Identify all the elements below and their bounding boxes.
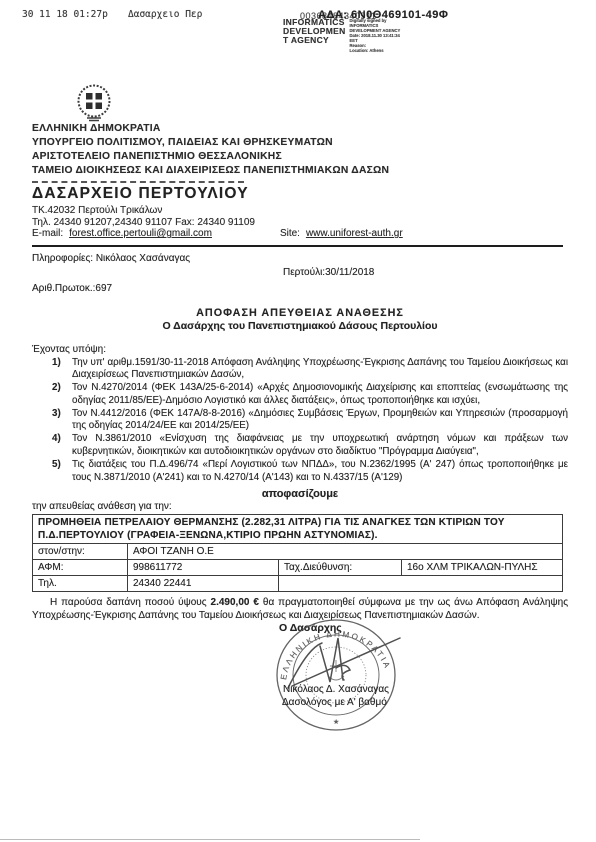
site-label: Site: <box>280 228 300 240</box>
coat-of-arms-icon <box>74 82 114 124</box>
address-label: Ταχ.Διεύθυνση: <box>279 560 402 576</box>
legal-item-number: 5) <box>52 459 67 485</box>
place-date: Περτούλι:30/11/2018 <box>283 267 568 278</box>
letterhead-line-republic: ΕΛΛΗΝΙΚΗ ΔΗΜΟΚΡΑΤΙΑ <box>32 122 568 136</box>
stamp-star: ★ <box>333 718 339 726</box>
empty-cell <box>279 576 563 592</box>
letterhead-line-university: ΑΡΙΣΤΟΤΕΛΕΙΟ ΠΑΝΕΠΙΣΤΗΜΙΟ ΘΕΣΣΑΛΟΝΙΚΗΣ <box>32 150 568 164</box>
tel-value: 24340 22441 <box>128 576 279 592</box>
legal-basis-list: 1) Την υπ' αριθμ.1591/30-11-2018 Απόφαση… <box>32 357 568 485</box>
legal-item: 5) Τις διατάξεις του Π.Δ.496/74 «Περί Λο… <box>52 459 568 485</box>
letterhead-line-ministry: ΥΠΟΥΡΓΕΙΟ ΠΟΛΙΤΙΣΜΟΥ, ΠΑΙΔΕΙΑΣ ΚΑΙ ΘΡΗΣΚ… <box>32 136 568 150</box>
scan-artifact-line <box>0 839 420 840</box>
tel-label: Τηλ. <box>33 576 128 592</box>
afm-label: ΑΦΜ: <box>33 560 128 576</box>
scanned-document-page: 30 11 18 01:27p Δασαρχειο Περ 0036848434… <box>0 0 596 842</box>
address-value: 16ο ΧΛΜ ΤΡΙΚΑΛΩΝ-ΠΥΛΗΣ <box>402 560 563 576</box>
info-label: Πληροφορίες: <box>32 253 93 264</box>
table-row-description: ΠΡΟΜΗΘΕΙΑ ΠΕΤΡΕΛΑΙΟΥ ΘΕΡΜΑΝΣΗΣ (2.282,31… <box>33 515 563 544</box>
award-table: ΠΡΟΜΗΘΕΙΑ ΠΕΤΡΕΛΑΙΟΥ ΘΕΡΜΑΝΣΗΣ (2.282,31… <box>32 514 563 592</box>
info-row: Πληροφορίες: Νικόλαος Χασάναγας <box>32 253 568 264</box>
signatory-title: Δασολόγος με Α' βαθμό <box>282 697 387 708</box>
legal-item-text: Τον Ν.4270/2014 (ΦΕΚ 143Α/25-6-2014) «Αρ… <box>72 382 568 408</box>
decide-heading: αποφασίζουμε <box>32 488 568 500</box>
table-row-tel: Τηλ. 24340 22441 <box>33 576 563 592</box>
round-stamp: ΕΛΛΗΝΙΚΗ ΔΗΜΟΚΡΑΤΙΑ ★ <box>268 612 408 742</box>
fax-timestamp: 30 11 18 01:27p <box>22 9 108 20</box>
afm-value: 998611772 <box>128 560 279 576</box>
digital-signature-agency: INFORMATICS DEVELOPMEN T AGENCY <box>283 18 346 45</box>
signatory-name: Νικόλαος Δ. Χασάναγας <box>283 684 389 695</box>
digital-signature-stamp: INFORMATICS DEVELOPMEN T AGENCY Digitall… <box>283 18 400 53</box>
to-value: ΑΦΟΙ ΤΖΑΝΗ Ο.Ε <box>128 544 563 560</box>
document-body: ΕΛΛΗΝΙΚΗ ΔΗΜΟΚΡΑΤΙΑ ΥΠΟΥΡΓΕΙΟ ΠΟΛΙΤΙΣΜΟΥ… <box>32 122 568 632</box>
award-description: ΠΡΟΜΗΘΕΙΑ ΠΕΤΡΕΛΑΙΟΥ ΘΕΡΜΑΝΣΗΣ (2.282,31… <box>33 515 563 544</box>
office-phones: Τηλ. 24340 91207,24340 91107 Fax: 24340 … <box>32 217 568 229</box>
office-title: ΔΑΣΑΡΧΕΙΟ ΠΕΡΤΟΥΛΙΟΥ <box>32 185 568 203</box>
email-link: forest.office.pertouli@gmail.com <box>69 228 212 240</box>
table-row-afm: ΑΦΜ: 998611772 Ταχ.Διεύθυνση: 16ο ΧΛΜ ΤΡ… <box>33 560 563 576</box>
protocol-number: Αριθ.Πρωτοκ.:697 <box>32 283 568 294</box>
to-label: στον/στην: <box>33 544 128 560</box>
legal-item-text: Τον Ν.3861/2010 «Ενίσχυση της διαφάνειας… <box>72 433 568 459</box>
closing-amount: 2.490,00 € <box>211 597 259 608</box>
digital-signature-details: Digitally signed by INFORMATICS DEVELOPM… <box>350 18 401 53</box>
site-link: www.uniforest-auth.gr <box>306 228 403 240</box>
decision-subtitle: Ο Δασάρχης του Πανεπιστημιακού Δάσους Πε… <box>32 320 568 332</box>
legal-item-number: 1) <box>52 357 67 383</box>
office-address: ΤΚ.42032 Περτούλι Τρικάλων <box>32 205 568 217</box>
decision-title: ΑΠΟΦΑΣΗ ΑΠΕΥΘΕΙΑΣ ΑΝΑΘΕΣΗΣ <box>32 307 568 319</box>
closing-pre: Η παρούσα δαπάνη ποσού ύψους <box>50 597 211 608</box>
email-label: E-mail: <box>32 228 63 240</box>
legal-item-number: 3) <box>52 408 67 434</box>
legal-item-number: 4) <box>52 433 67 459</box>
legal-item-text: Τις διατάξεις του Π.Δ.496/74 «Περί Λογισ… <box>72 459 568 485</box>
header-rule <box>32 245 563 247</box>
office-links-row: E-mail: forest.office.pertouli@gmail.com… <box>32 228 568 240</box>
legal-item-text: Την υπ' αριθμ.1591/30-11-2018 Απόφαση Αν… <box>72 357 568 383</box>
table-row-contractor: στον/στην: ΑΦΟΙ ΤΖΑΝΗ Ο.Ε <box>33 544 563 560</box>
legal-item: 1) Την υπ' αριθμ.1591/30-11-2018 Απόφαση… <box>52 357 568 383</box>
info-value: Νικόλαος Χασάναγας <box>96 253 190 264</box>
legal-item-text: Τον Ν.4412/2016 (ΦΕΚ 147Α/8-8-2016) «Δημ… <box>72 408 568 434</box>
decide-intro: την απευθείας ανάθεση για την: <box>32 501 568 512</box>
letterhead-line-fund: ΤΑΜΕΙΟ ΔΙΟΙΚΗΣΕΩΣ ΚΑΙ ΔΙΑΧΕΙΡΙΣΕΩΣ ΠΑΝΕΠ… <box>32 164 568 178</box>
fax-sender: Δασαρχειο Περ <box>128 9 202 20</box>
dashed-separator <box>32 181 244 183</box>
legal-item: 4) Τον Ν.3861/2010 «Ενίσχυση της διαφάνε… <box>52 433 568 459</box>
having-regard-label: Έχοντας υπόψη: <box>32 344 568 355</box>
legal-item: 2) Τον Ν.4270/2014 (ΦΕΚ 143Α/25-6-2014) … <box>52 382 568 408</box>
legal-item-number: 2) <box>52 382 67 408</box>
legal-item: 3) Τον Ν.4412/2016 (ΦΕΚ 147Α/8-8-2016) «… <box>52 408 568 434</box>
